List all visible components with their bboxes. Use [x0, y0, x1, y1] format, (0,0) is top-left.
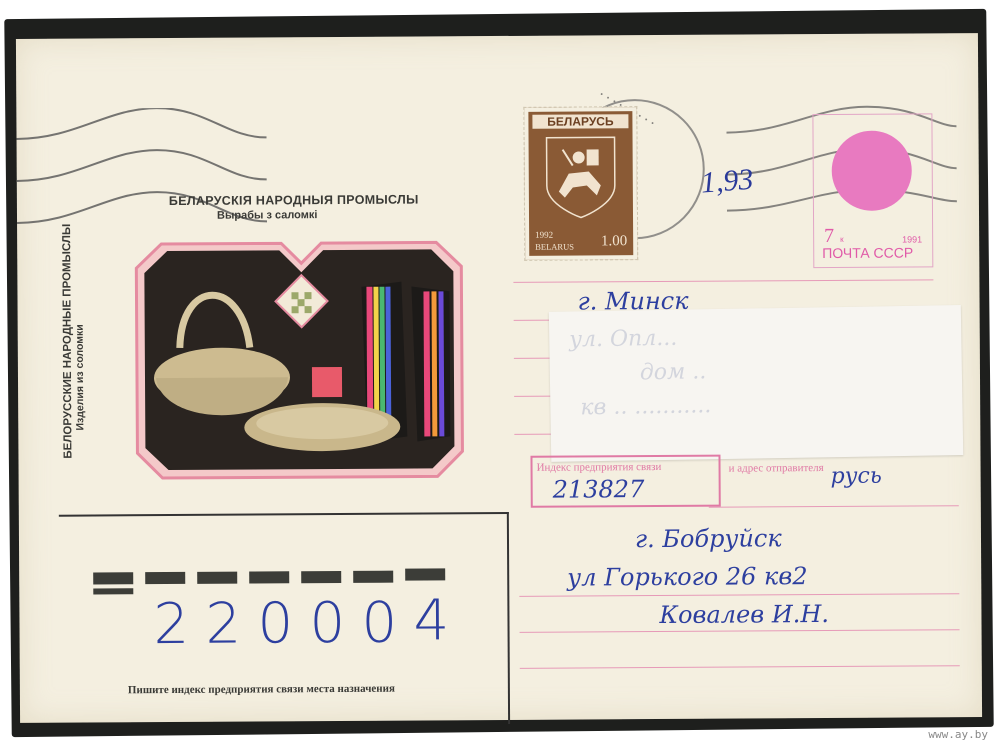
index-guide-bar	[249, 571, 289, 583]
obscured-address-text: ул. Опл...	[569, 326, 677, 353]
title-ru: БЕЛОРУССКИЕ НАРОДНЫЕ ПРОМЫСЛЫ	[61, 224, 74, 459]
address-line	[519, 593, 959, 597]
stamp-ussr-year: 1991	[902, 234, 922, 244]
index-digit: 0	[257, 597, 285, 651]
obscured-address-text: дом ..	[640, 359, 707, 385]
destination-index-caption: Пишите индекс предприятия связи места на…	[128, 683, 395, 697]
address-line	[520, 665, 960, 669]
address-line	[513, 279, 933, 283]
watermark: www.ay.by	[928, 728, 988, 741]
subtitle-ru: Изделия из соломки	[73, 224, 86, 459]
stamp-country-latin: BELARUS	[535, 242, 574, 252]
index-guide-bar	[301, 571, 341, 583]
covered-address-label: ул. Опл... дом .. кв .. ...........	[549, 305, 963, 462]
stamp-belarus: БЕЛАРУСЬ 1992 BELARUS 1.00	[524, 107, 637, 260]
index-guide-bar	[405, 568, 445, 580]
index-guide-bar	[93, 588, 133, 594]
sender-city: г. Бобруйск	[635, 524, 782, 553]
sender-name: Ковалев И.Н.	[659, 600, 829, 629]
cachet-title-russian: БЕЛОРУССКИЕ НАРОДНЫЕ ПРОМЫСЛЫ Изделия из…	[61, 224, 86, 459]
index-guide-bar	[145, 572, 185, 584]
envelope: БЕЛАРУСКІЯ НАРОДНЫЯ ПРОМЫСЛЫ Вырабы з са…	[16, 33, 982, 723]
address-line	[709, 505, 959, 508]
index-guide-bar	[93, 572, 133, 584]
sender-index-label: Индекс предприятия связи	[537, 461, 662, 474]
address-line	[520, 629, 960, 633]
stamp-country: БЕЛАРУСЬ	[532, 114, 628, 129]
stamp-ussr-unit: к	[840, 235, 844, 244]
index-digit: 0	[361, 597, 389, 651]
cachet-title-belarusian: БЕЛАРУСКІЯ НАРОДНЫЯ ПРОМЫСЛЫ	[169, 192, 419, 208]
knight-emblem-icon	[543, 135, 620, 219]
sender-index-value: 213827	[553, 475, 645, 504]
sender-street: ул Горького 26 кв2	[567, 562, 807, 591]
index-guide-bar	[197, 572, 237, 584]
recipient-street-partial: русь	[831, 464, 882, 489]
index-digit: 2	[205, 598, 233, 652]
stamp-ussr-imprint: 7 к 1991 ПОЧТА СССР	[812, 113, 933, 268]
cachet-subtitle-belarusian: Вырабы з саломкі	[217, 209, 318, 222]
sender-index-box: Индекс предприятия связи 213827	[530, 455, 720, 508]
sender-address-label: и адрес отправителя	[729, 462, 824, 475]
stamp-ussr-label: ПОЧТА СССР	[822, 244, 913, 261]
index-digit: 4	[413, 594, 441, 648]
handwritten-fee: 1,93	[700, 163, 755, 201]
index-digit: 0	[309, 597, 337, 651]
airplane-ship-emblem-icon	[831, 130, 911, 210]
stamp-value: 1.00	[601, 233, 627, 250]
index-digit: 2	[153, 598, 181, 652]
obscured-address-text: кв .. ...........	[580, 393, 711, 420]
baskets-illustration	[131, 236, 467, 483]
stamp-year: 1992	[535, 230, 553, 240]
index-guide-bar	[353, 571, 393, 583]
